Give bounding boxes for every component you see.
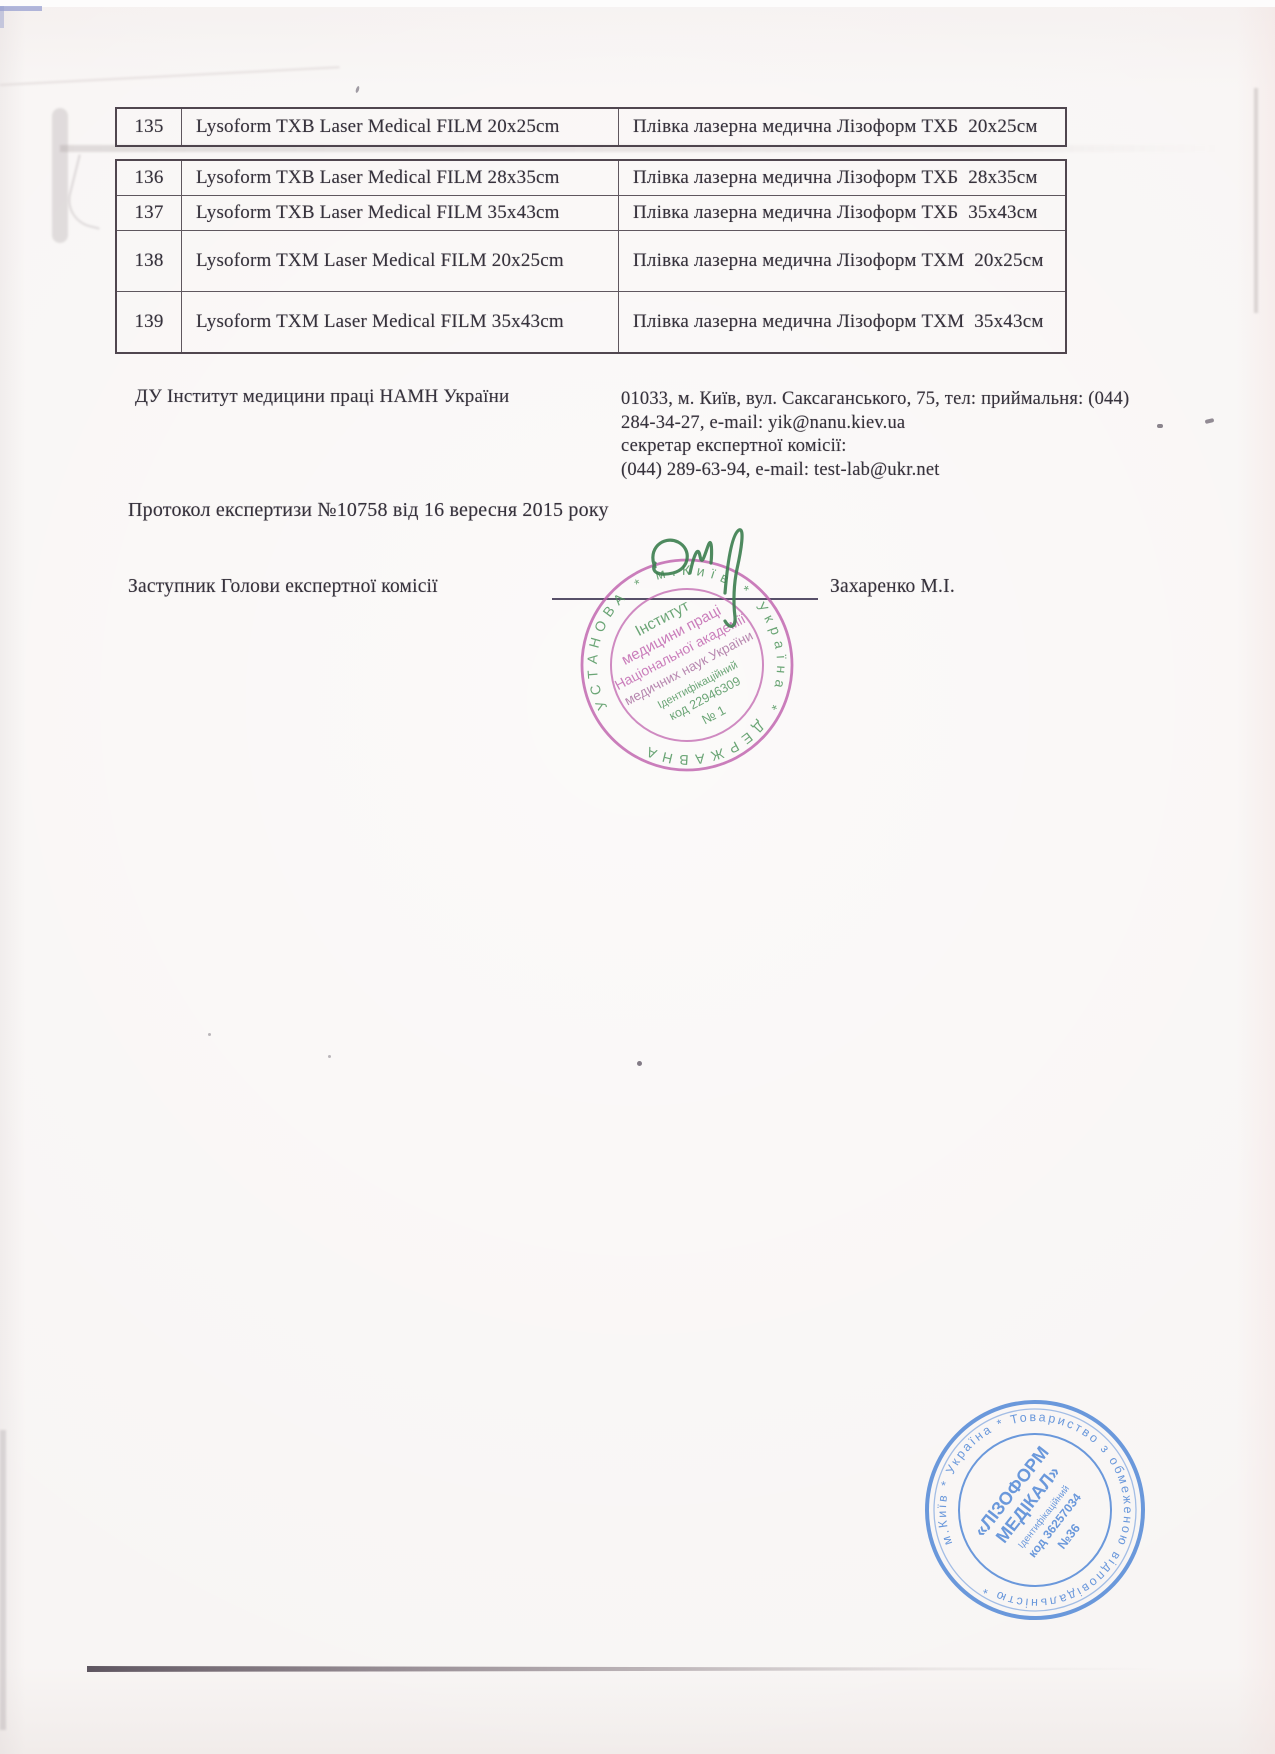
table-row: 137 Lysoform TXB Laser Medical FILM 35x4…: [117, 195, 1065, 230]
product-name-ua: Плівка лазерна медична Лізоформ ТХМ 35х4…: [619, 292, 1065, 352]
row-number: 135: [117, 109, 182, 145]
product-name-ua: Плівка лазерна медична Лізоформ ТХБ 28х3…: [619, 161, 1065, 195]
scan-left-curl-mark: [62, 154, 115, 229]
signer-role: Заступник Голови експертної комісії: [128, 576, 438, 598]
row-number: 138: [117, 231, 182, 291]
signature-ink: [645, 527, 775, 635]
product-name-en: Lysoform TXM Laser Medical FILM 35x43cm: [182, 292, 619, 352]
table-row: 135 Lysoform TXB Laser Medical FILM 20x2…: [117, 109, 1065, 145]
scan-bottom-edge-shadow: [0, 1430, 6, 1730]
product-name-ua: Плівка лазерна медична Лізоформ ТХМ 20х2…: [619, 231, 1065, 291]
scan-speck: [637, 1061, 642, 1066]
product-table-part2: 136 Lysoform TXB Laser Medical FILM 28x3…: [115, 159, 1067, 354]
scan-speck: [328, 1055, 331, 1058]
scan-corner-mark-vertical: [0, 6, 4, 28]
scan-speck: [208, 1033, 211, 1036]
scan-corner-mark: [0, 6, 42, 11]
protocol-line: Протокол експертизи №10758 від 16 вересн…: [128, 499, 609, 522]
contact-line: секретар експертної комісії:: [621, 436, 1181, 460]
scanned-document-page: 135 Lysoform TXB Laser Medical FILM 20x2…: [0, 0, 1275, 1754]
row-number: 139: [117, 292, 182, 352]
scan-crease-line: [0, 66, 340, 86]
product-table-part1: 135 Lysoform TXB Laser Medical FILM 20x2…: [115, 107, 1067, 147]
table-row: 136 Lysoform TXB Laser Medical FILM 28x3…: [117, 161, 1065, 195]
product-name-ua: Плівка лазерна медична Лізоформ ТХБ 35х4…: [619, 196, 1065, 230]
row-number: 136: [117, 161, 182, 195]
table-row: 138 Lysoform TXM Laser Medical FILM 20x2…: [117, 230, 1065, 291]
product-name-en: Lysoform TXM Laser Medical FILM 20x25cm: [182, 231, 619, 291]
scan-top-edge: [0, 0, 1275, 7]
contact-line: 01033, м. Київ, вул. Саксаганського, 75,…: [621, 389, 1181, 413]
scan-speck: [1205, 418, 1215, 424]
issuer-org-name: ДУ Інститут медицини праці НАМН України: [135, 386, 509, 408]
product-name-en: Lysoform TXB Laser Medical FILM 20x25cm: [182, 109, 619, 145]
product-name-en: Lysoform TXB Laser Medical FILM 35x43cm: [182, 196, 619, 230]
product-name-ua: Плівка лазерна медична Лізоформ ТХБ 20х2…: [619, 109, 1065, 145]
table-row: 139 Lysoform TXM Laser Medical FILM 35x4…: [117, 291, 1065, 352]
product-name-en: Lysoform TXB Laser Medical FILM 28x35cm: [182, 161, 619, 195]
scan-left-smudge: [52, 108, 68, 243]
contact-line: 284-34-27, e-mail: yik@nanu.kiev.ua: [621, 413, 1181, 437]
row-number: 137: [117, 196, 182, 230]
company-stamp: м.Київ * Україна * Товариство з обмежено…: [923, 1398, 1147, 1622]
scan-right-streak: [1254, 88, 1258, 313]
scan-speck: [355, 86, 360, 94]
contact-line: (044) 289-63-94, e-mail: test-lab@ukr.ne…: [621, 460, 1181, 484]
signer-name: Захаренко М.І.: [830, 576, 955, 598]
issuer-contact-block: 01033, м. Київ, вул. Саксаганського, 75,…: [621, 389, 1181, 483]
scan-bottom-line: [87, 1666, 1160, 1672]
